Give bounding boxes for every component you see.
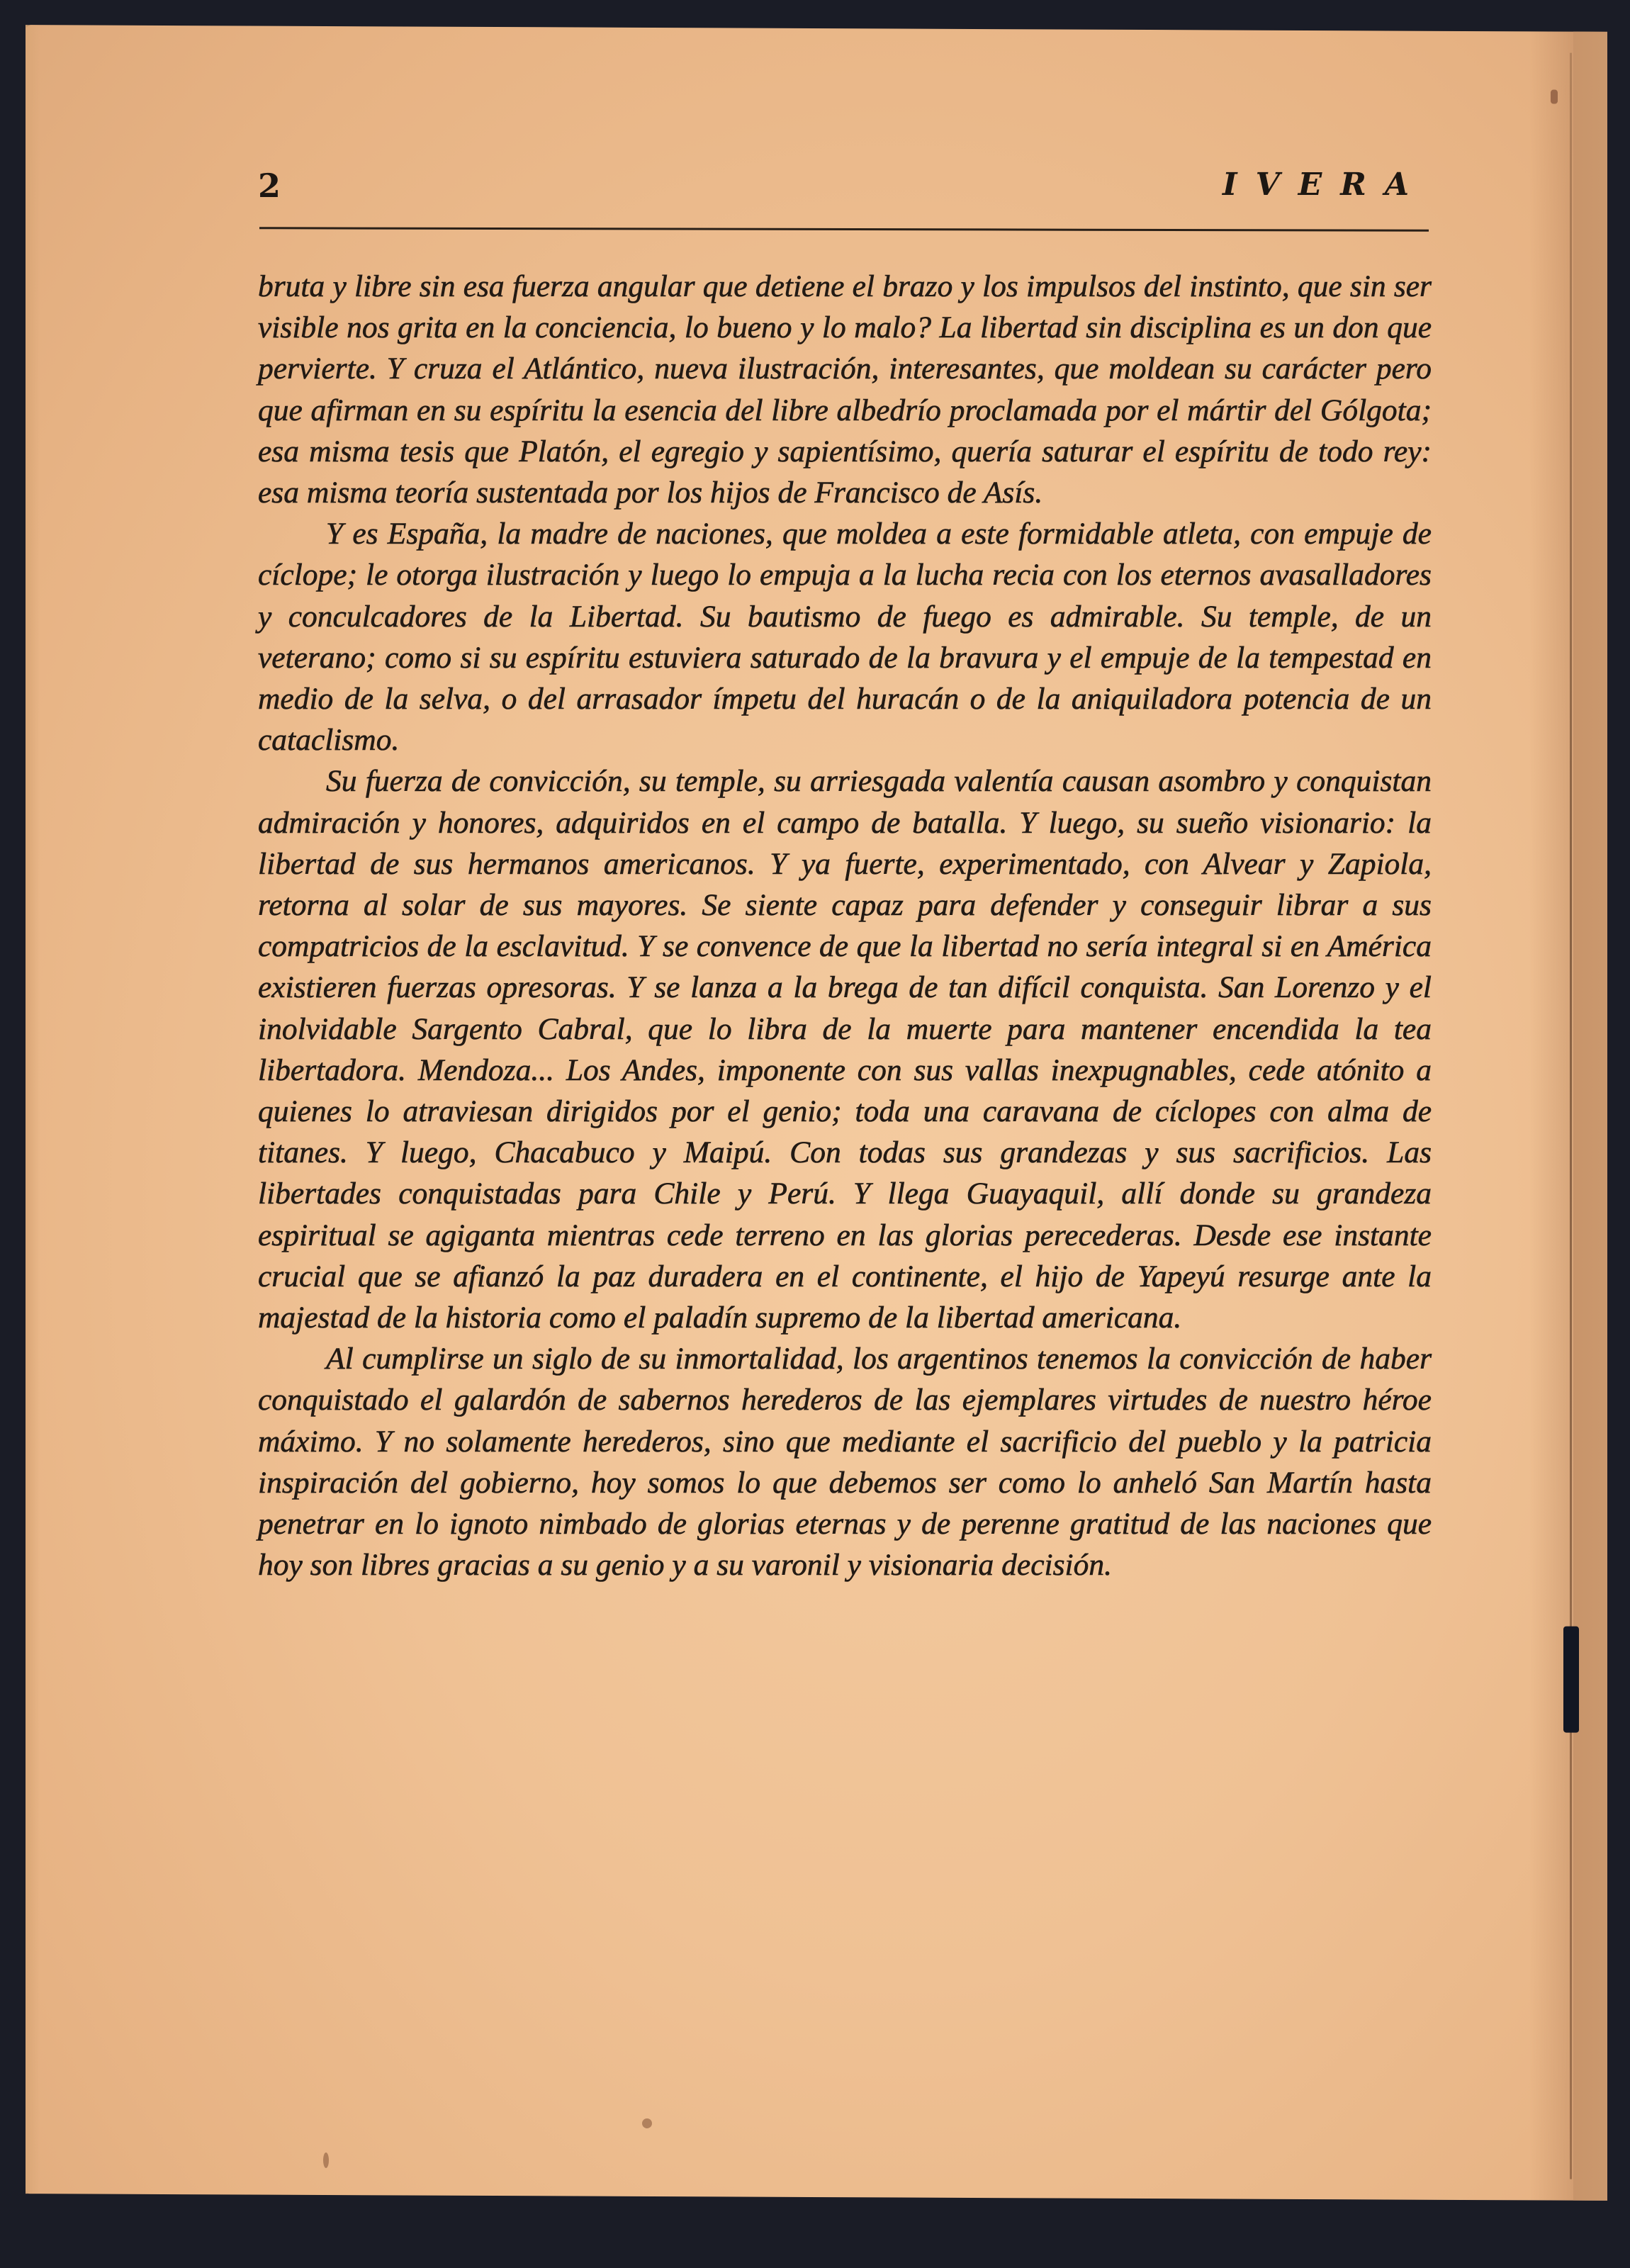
paragraph: Y es España, la madre de naciones, que m… (258, 513, 1432, 760)
journal-title: IVERA (1222, 167, 1427, 203)
paragraph: Su fuerza de convicción, su temple, su a… (258, 760, 1432, 1338)
paper-speck (323, 2152, 329, 2168)
page-number: 2 (258, 167, 281, 205)
article-body: bruta y libre sin esa fuerza angular que… (258, 266, 1432, 1586)
binding-tear (1563, 1627, 1579, 1733)
paragraph: Al cumplirse un siglo de su inmortalidad… (258, 1338, 1432, 1585)
paragraph: bruta y libre sin esa fuerza angular que… (258, 266, 1432, 513)
running-header: 2 IVERA (258, 167, 1427, 209)
page-edge-shadow (26, 25, 40, 2194)
paper-speck (642, 2118, 652, 2128)
binding-fold-line (1570, 53, 1572, 2179)
stain-mark (1551, 90, 1558, 104)
binding-fold-shade (1529, 31, 1607, 2200)
